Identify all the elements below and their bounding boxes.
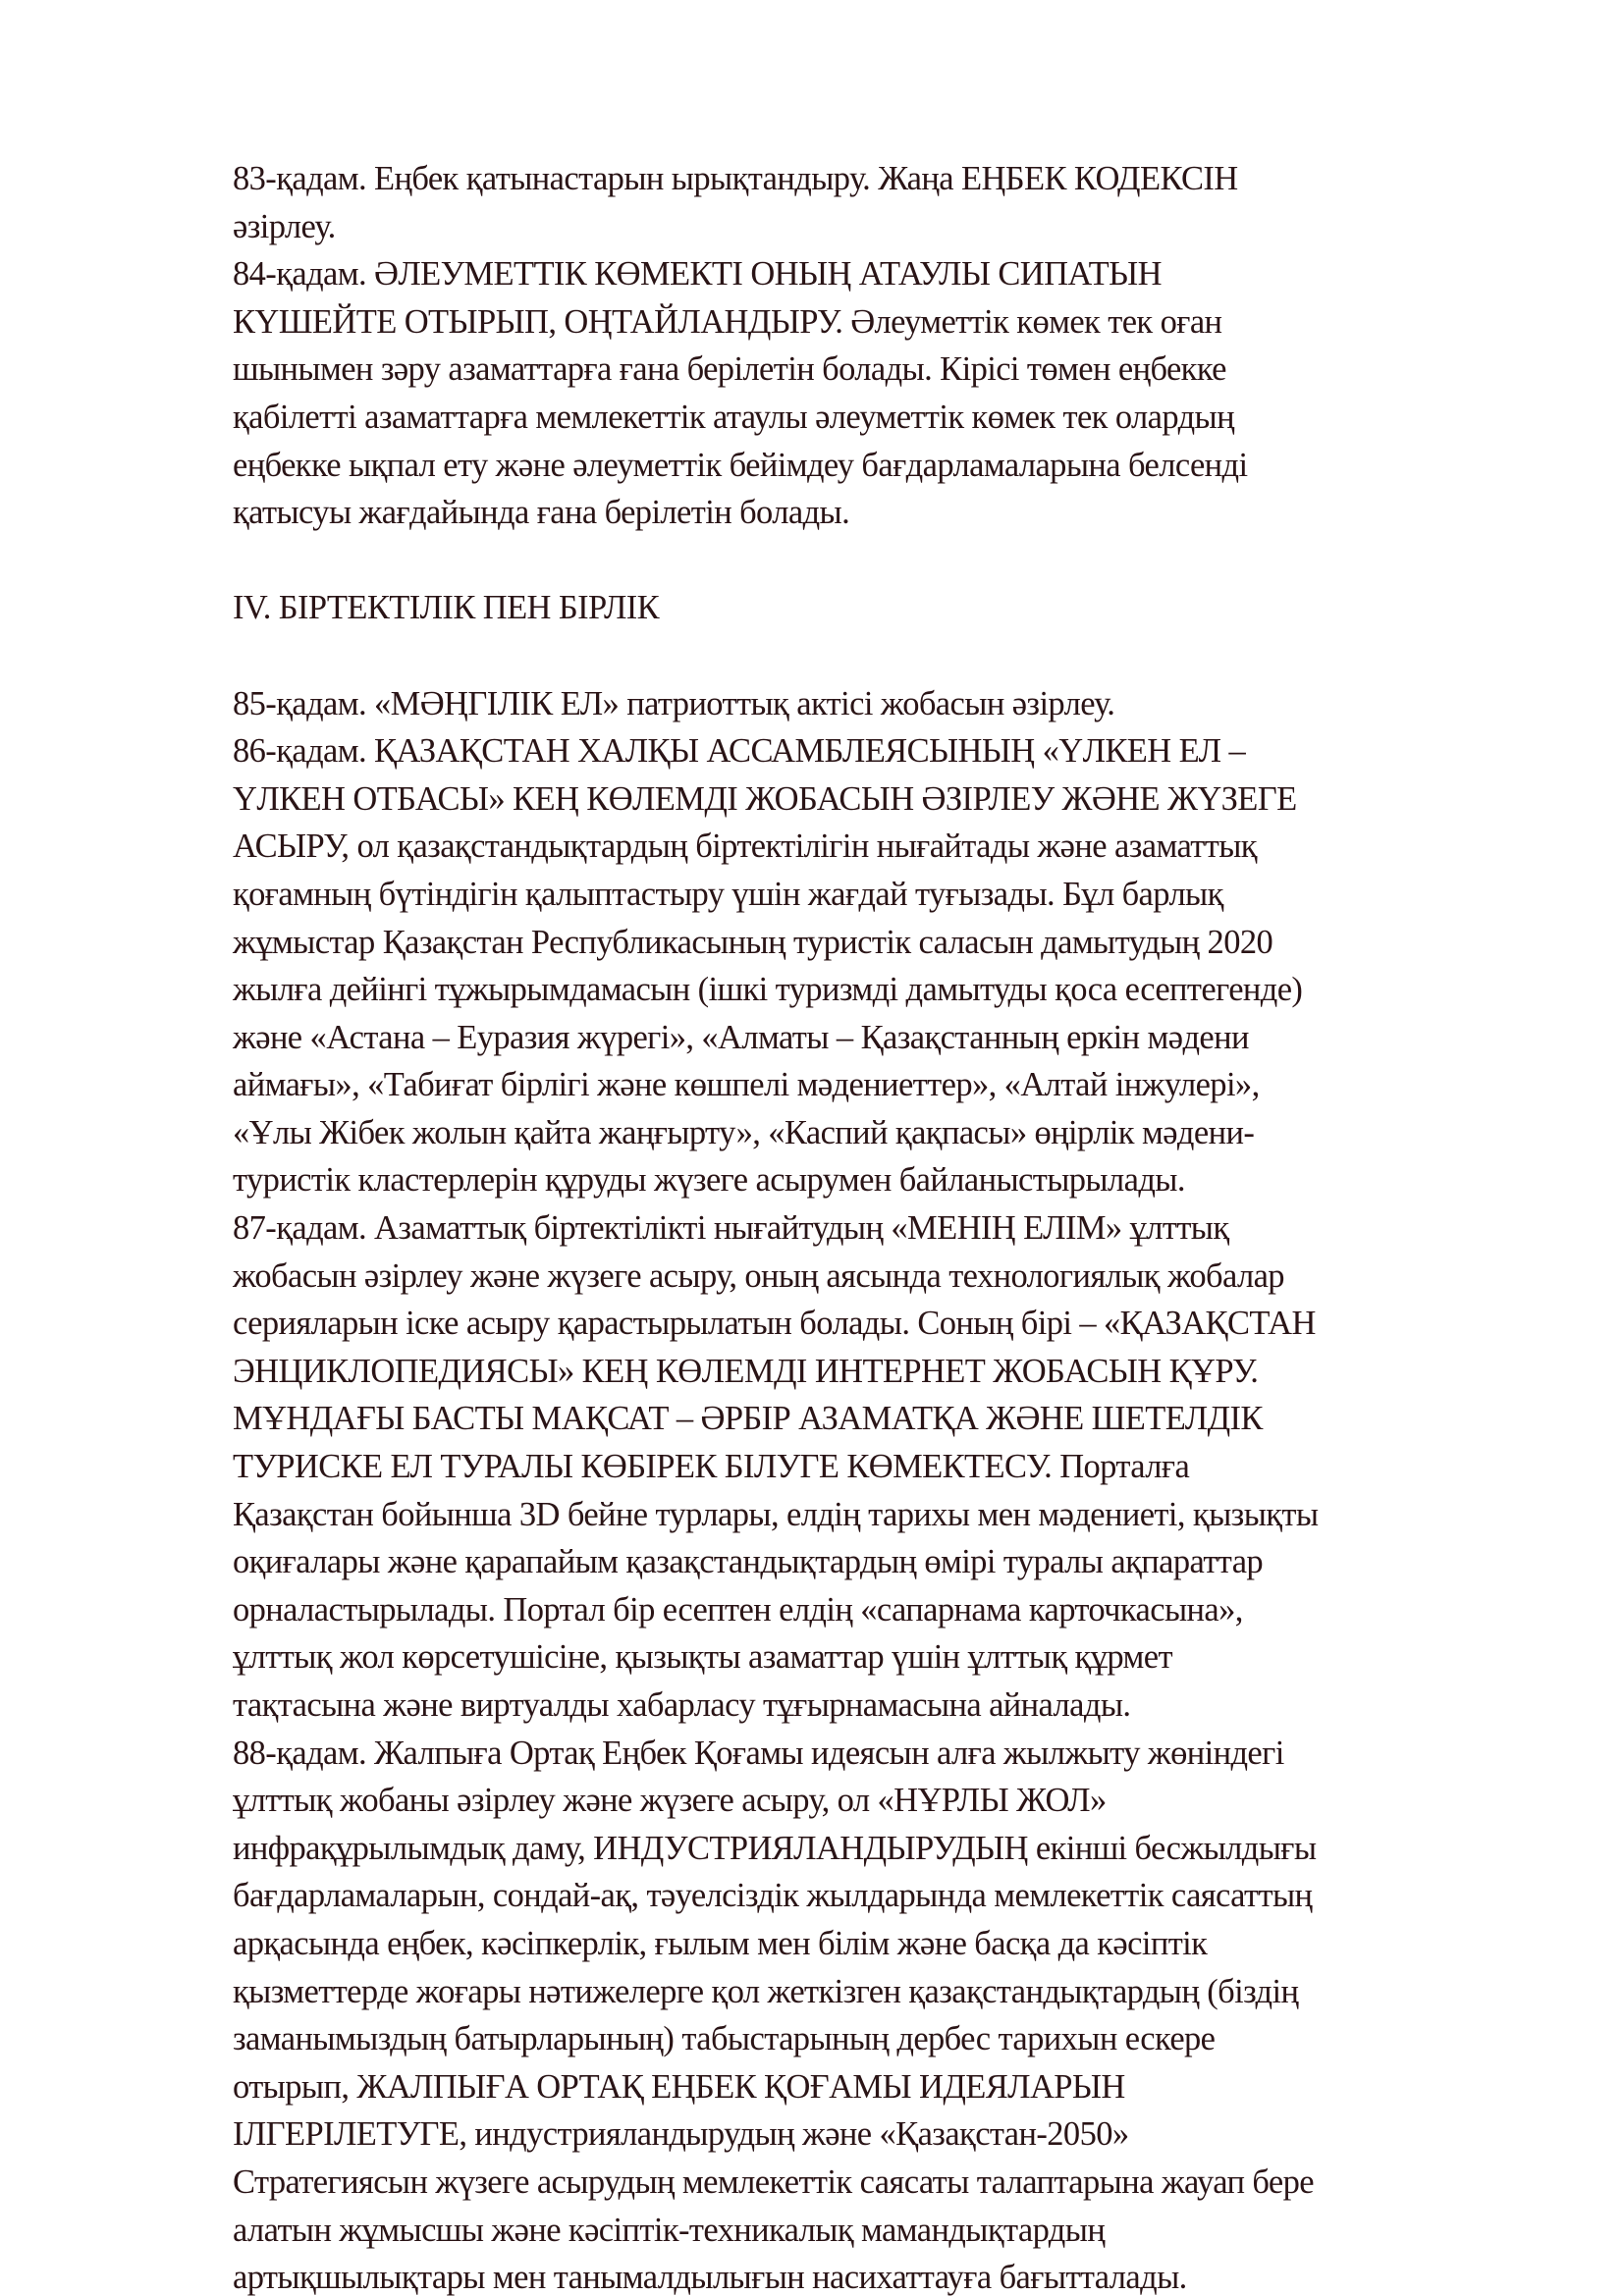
paragraph-step-87: 87-қадам. Азаматтық біртектілікті нығайт… [233, 1204, 1539, 1730]
text-line: 85-қадам. «МӘҢГІЛІК ЕЛ» патриоттық актіс… [233, 680, 1539, 728]
text-line: арқасында еңбек, кәсіпкерлік, ғылым мен … [233, 1920, 1539, 1968]
text-line: ІЛГЕРІЛЕТУГЕ, индустрияландырудың және «… [233, 2110, 1539, 2159]
text-line: 86-қадам. ҚАЗАҚСТАН ХАЛҚЫ АССАМБЛЕЯСЫНЫҢ… [233, 727, 1539, 775]
text-line: артықшылықтары мен танымалдылығын насиха… [233, 2254, 1539, 2296]
text-line: серияларын іске асыру қарастырылатын бол… [233, 1300, 1539, 1348]
text-line: жобасын әзірлеу және жүзеге асыру, оның … [233, 1253, 1539, 1301]
text-line: КҮШЕЙТЕ ОТЫРЫП, ОҢТАЙЛАНДЫРУ. Әлеуметтік… [233, 298, 1539, 347]
text-line: инфрақұрылымдық даму, ИНДУСТРИЯЛАНДЫРУДЫ… [233, 1825, 1539, 1873]
text-line: 84-қадам. ӘЛЕУМЕТТІК КӨМЕКТІ ОНЫҢ АТАУЛЫ… [233, 250, 1539, 298]
text-line: жұмыстар Қазақстан Республикасының турис… [233, 919, 1539, 967]
text-line: ұлттық жол көрсетушісіне, қызықты азамат… [233, 1633, 1539, 1682]
text-line: оқиғалары және қарапайым қазақстандықтар… [233, 1538, 1539, 1586]
text-line: «Ұлы Жібек жолын қайта жаңғырту», «Каспи… [233, 1109, 1539, 1157]
text-line: 83-қадам. Еңбек қатынастарын ырықтандыру… [233, 155, 1539, 203]
text-line: шынымен зәру азаматтарға ғана берілетін … [233, 346, 1539, 394]
text-line: МҰНДАҒЫ БАСТЫ МАҚСАТ – ӘРБІР АЗАМАТҚА ЖӘ… [233, 1395, 1539, 1443]
text-line: тақтасына және виртуалды хабарласу тұғыр… [233, 1682, 1539, 1730]
text-line: ҮЛКЕН ОТБАСЫ» КЕҢ КӨЛЕМДІ ЖОБАСЫН ӘЗІРЛЕ… [233, 775, 1539, 824]
text-line: орналастырылады. Портал бір есептен елді… [233, 1586, 1539, 1634]
text-line: отырып, ЖАЛПЫҒА ОРТАҚ ЕҢБЕК ҚОҒАМЫ ИДЕЯЛ… [233, 2063, 1539, 2111]
paragraph-step-83: 83-қадам. Еңбек қатынастарын ырықтандыру… [233, 155, 1539, 250]
spacer [233, 632, 1539, 680]
text-line: қызметтерде жоғары нәтижелерге қол жеткі… [233, 1968, 1539, 2016]
text-line: қатысуы жағдайында ғана берілетін болады… [233, 489, 1539, 537]
text-line: бағдарламаларын, сондай-ақ, тәуелсіздік … [233, 1872, 1539, 1920]
text-line: әзірлеу. [233, 203, 1539, 251]
text-line: Стратегиясын жүзеге асырудың мемлекеттік… [233, 2159, 1539, 2207]
text-line: туристік кластерлерін құруды жүзеге асыр… [233, 1156, 1539, 1204]
text-line: жылға дейінгі тұжырымдамасын (ішкі туриз… [233, 966, 1539, 1014]
paragraph-step-84: 84-қадам. ӘЛЕУМЕТТІК КӨМЕКТІ ОНЫҢ АТАУЛЫ… [233, 250, 1539, 537]
text-line: АСЫРУ, ол қазақстандықтардың біртектіліг… [233, 823, 1539, 871]
text-line: 87-қадам. Азаматтық біртектілікті нығайт… [233, 1204, 1539, 1253]
spacer [233, 537, 1539, 585]
text-line: қабілетті азаматтарға мемлекеттік атаулы… [233, 394, 1539, 442]
text-line: ТУРИСКЕ ЕЛ ТУРАЛЫ КӨБІРЕК БІЛУГЕ КӨМЕКТЕ… [233, 1443, 1539, 1491]
text-line: Қазақстан бойынша 3D бейне турлары, елді… [233, 1491, 1539, 1539]
text-line: ұлттық жобаны әзірлеу және жүзеге асыру,… [233, 1777, 1539, 1825]
text-line: заманымыздың батырларының) табыстарының … [233, 2015, 1539, 2063]
document-page: 83-қадам. Еңбек қатынастарын ырықтандыру… [233, 155, 1539, 2296]
text-line: еңбекке ықпал ету және әлеуметтік бейімд… [233, 442, 1539, 490]
paragraph-step-88: 88-қадам. Жалпыға Ортақ Еңбек Қоғамы иде… [233, 1730, 1539, 2296]
text-line: алатын жұмысшы және кәсіптік-техникалық … [233, 2207, 1539, 2255]
paragraph-step-85: 85-қадам. «МӘҢГІЛІК ЕЛ» патриоттық актіс… [233, 680, 1539, 728]
text-line: 88-қадам. Жалпыға Ортақ Еңбек Қоғамы иде… [233, 1730, 1539, 1778]
text-line: аймағы», «Табиғат бірлігі және көшпелі м… [233, 1061, 1539, 1109]
section-heading: IV. БІРТЕКТІЛІК ПЕН БІРЛІК [233, 584, 1539, 632]
text-line: қоғамның бүтіндігін қалыптастыру үшін жа… [233, 871, 1539, 919]
text-line: және «Астана – Еуразия жүрегі», «Алматы … [233, 1014, 1539, 1062]
text-line: ЭНЦИКЛОПЕДИЯСЫ» КЕҢ КӨЛЕМДІ ИНТЕРНЕТ ЖОБ… [233, 1348, 1539, 1396]
paragraph-step-86: 86-қадам. ҚАЗАҚСТАН ХАЛҚЫ АССАМБЛЕЯСЫНЫҢ… [233, 727, 1539, 1204]
